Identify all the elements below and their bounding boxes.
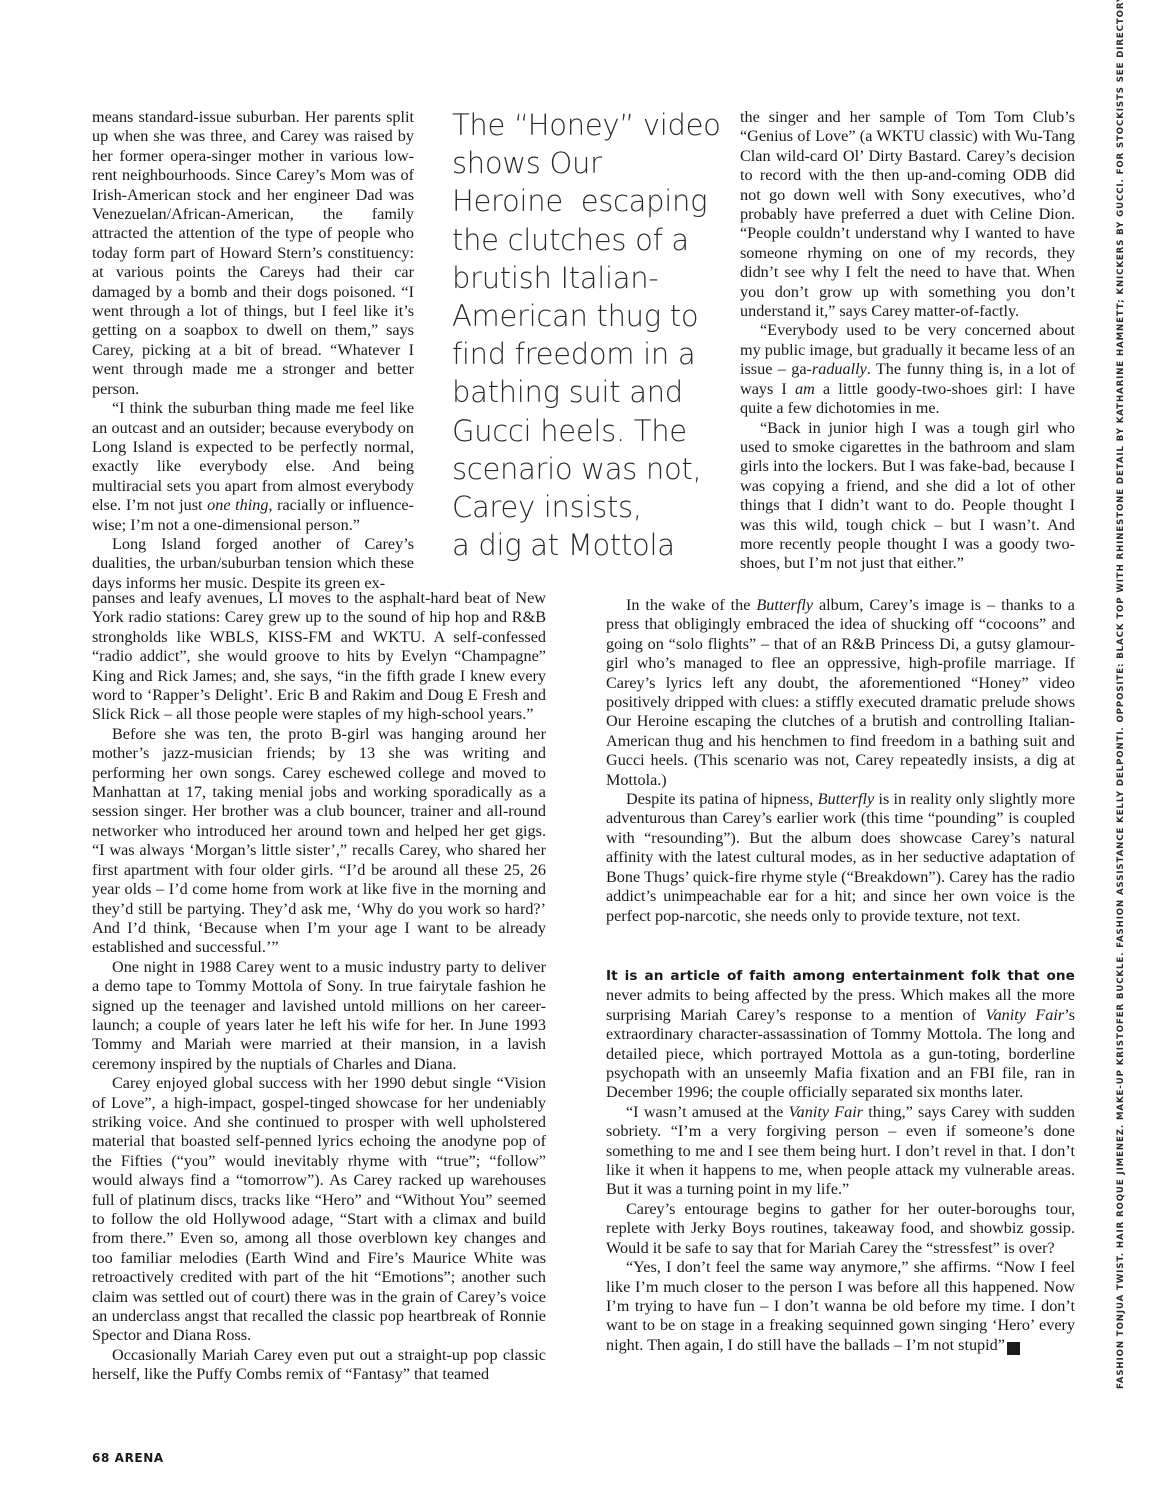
paragraph: Occasionally Mariah Carey even put out a…: [92, 1346, 546, 1385]
paragraph: the singer and her sample of Tom Tom Clu…: [740, 108, 1075, 321]
paragraph: “Everybody used to be very concerned abo…: [740, 321, 1075, 418]
paragraph: “I think the suburban thing made me feel…: [92, 399, 414, 535]
left-column-wide: panses and leafy avenues, LI moves to th…: [92, 589, 546, 1385]
end-mark-icon: A: [1007, 1342, 1020, 1355]
paragraph: In the wake of the Butterfly album, Care…: [606, 596, 1075, 790]
paragraph: panses and leafy avenues, LI moves to th…: [92, 589, 546, 725]
paragraph: “Yes, I don’t feel the same way anymore,…: [606, 1258, 1075, 1355]
photo-credits: FASHION TONJUA TWIST. HAIR ROQUE JIMENEZ…: [1116, 0, 1126, 1389]
section-lead-paragraph: It is an article of faith among entertai…: [606, 966, 1075, 1103]
right-column-top: the singer and her sample of Tom Tom Clu…: [740, 108, 1075, 574]
paragraph: means standard-issue suburban. Her paren…: [92, 108, 414, 399]
right-column-wide: In the wake of the Butterfly album, Care…: [606, 596, 1075, 926]
paragraph: Long Island forged another of Carey’s du…: [92, 535, 414, 593]
right-column-lower: It is an article of faith among entertai…: [606, 966, 1075, 1355]
paragraph: One night in 1988 Carey went to a music …: [92, 958, 546, 1074]
section-lead-in: It is an article of faith among entertai…: [606, 968, 1075, 984]
left-column-top: means standard-issue suburban. Her paren…: [92, 108, 414, 593]
paragraph: Carey’s entourage begins to gather for h…: [606, 1200, 1075, 1258]
pull-quote: The “Honey” video shows Our Heroine esca…: [452, 106, 722, 564]
paragraph: Before she was ten, the proto B-girl was…: [92, 725, 546, 958]
magazine-page: means standard-issue suburban. Her paren…: [0, 0, 1158, 1500]
paragraph: Carey enjoyed global success with her 19…: [92, 1074, 546, 1346]
page-folio: 68 ARENA: [92, 1451, 164, 1465]
paragraph: “Back in junior high I was a tough girl …: [740, 419, 1075, 574]
paragraph: “I wasn’t amused at the Vanity Fair thin…: [606, 1103, 1075, 1200]
paragraph: Despite its patina of hipness, Butterfly…: [606, 790, 1075, 926]
